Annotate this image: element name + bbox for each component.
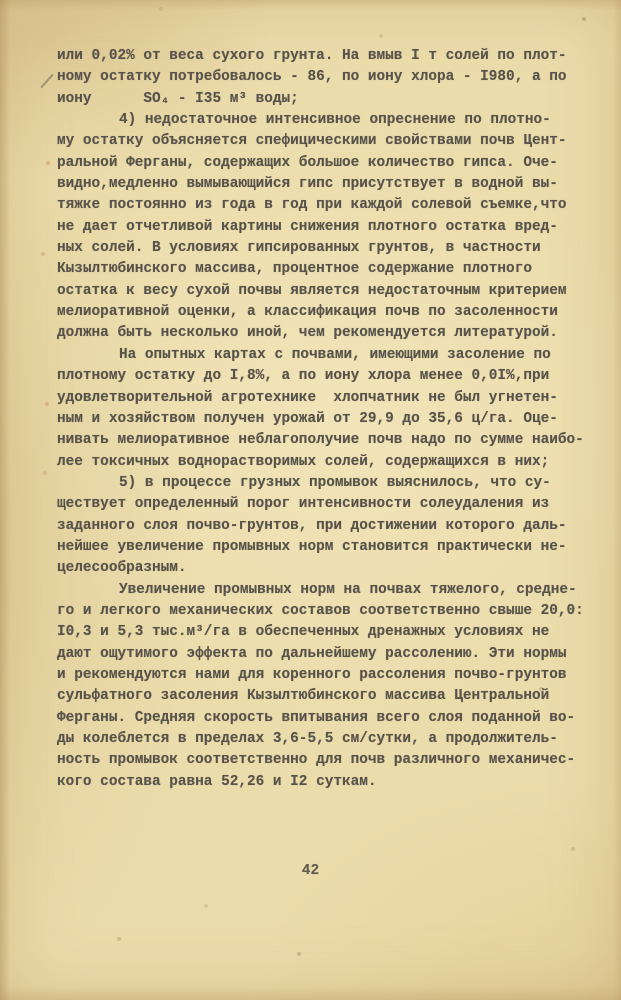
text-line: ному остатку потребовалось - 86, по иону…: [57, 67, 601, 88]
paper-specks: [0, 0, 2, 2]
text-line: ность промывок соответственно для почв р…: [57, 750, 601, 771]
text-line: нейшее увеличение промывных норм станови…: [57, 537, 601, 558]
text-line: кого состава равна 52,26 и I2 суткам.: [57, 772, 601, 793]
text-line: ных солей. В условиях гипсированных грун…: [57, 238, 601, 259]
text-line: нивать мелиоративное неблагополучие почв…: [57, 430, 601, 451]
text-line: остатка к весу сухой почвы является недо…: [57, 281, 601, 302]
text-line: ществует определенный порог интенсивност…: [57, 494, 601, 515]
page-text: или 0,02% от веса сухого грунта. На вмыв…: [57, 46, 601, 793]
text-line: удовлетворительной агротехнике хлопчатни…: [57, 388, 601, 409]
scanned-page: или 0,02% от веса сухого грунта. На вмыв…: [0, 0, 621, 1000]
text-line: ным и хозяйством получен урожай от 29,9 …: [57, 409, 601, 430]
text-line: Кызылтюбинского массива, процентное соде…: [57, 259, 601, 280]
text-line: го и легкого механических составов соотв…: [57, 601, 601, 622]
text-line: плотному остатку до I,8%, а по иону хлор…: [57, 366, 601, 387]
text-line: лее токсичных воднорастворимых солей, со…: [57, 452, 601, 473]
text-line: ральной Ферганы, содержащих большое коли…: [57, 153, 601, 174]
text-line: 4) недостаточное интенсивное опреснение …: [57, 110, 601, 131]
text-line: дают ощутимого эффекта по дальнейшему ра…: [57, 644, 601, 665]
text-line: На опытных картах с почвами, имеющими за…: [57, 345, 601, 366]
text-line: тяжке постоянно из года в год при каждой…: [57, 195, 601, 216]
text-line: Увеличение промывных норм на почвах тяже…: [57, 580, 601, 601]
text-line: и рекомендуются нами для коренного рассо…: [57, 665, 601, 686]
text-line: иону SO₄ - I35 м³ воды;: [57, 89, 601, 110]
text-line: му остатку объясняется спефицическими св…: [57, 131, 601, 152]
text-line: или 0,02% от веса сухого грунта. На вмыв…: [57, 46, 601, 67]
text-line: I0,3 и 5,3 тыс.м³/га в обеспеченных дрен…: [57, 622, 601, 643]
text-line: 5) в процессе грузных промывок выяснилос…: [57, 473, 601, 494]
page-number: 42: [0, 863, 621, 879]
text-line: целесообразным.: [57, 558, 601, 579]
text-line: не дает отчетливой картины снижения плот…: [57, 217, 601, 238]
text-line: заданного слоя почво-грунтов, при достиж…: [57, 516, 601, 537]
text-line: Ферганы. Средняя скорость впитывания все…: [57, 708, 601, 729]
text-line: видно,медленно вымывающийся гипс присутс…: [57, 174, 601, 195]
text-line: сульфатного засоления Кызылтюбинского ма…: [57, 686, 601, 707]
text-line: ды колеблется в пределах 3,6-5,5 см/сутк…: [57, 729, 601, 750]
text-line: должна быть несколько иной, чем рекоменд…: [57, 323, 601, 344]
text-line: мелиоративной оценки, а классификация по…: [57, 302, 601, 323]
pencil-mark: [40, 74, 54, 89]
